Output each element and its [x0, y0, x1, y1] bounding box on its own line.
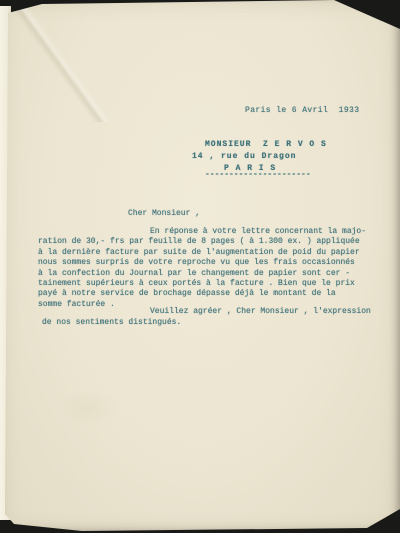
paper-stain	[58, 390, 118, 426]
body-line: payé à notre service de brochage dépasse…	[38, 289, 372, 299]
body-line: à la confection du Journal par le change…	[38, 269, 372, 279]
closing-formula-continued: de nos sentiments distingués.	[42, 318, 181, 328]
body-line: à la dernière facture par suite de l'aug…	[38, 248, 372, 258]
salutation: Cher Monsieur ,	[128, 209, 200, 219]
recipient-name: MONSIEUR Z E R V O S	[205, 140, 327, 150]
paper-crease	[0, 0, 120, 122]
closing-formula: Veuillez agréer , Cher Monsieur , l'expr…	[150, 307, 371, 317]
letter-date: Paris le 6 Avril 1933	[245, 106, 359, 116]
body-line: En réponse à votre lettre concernant la …	[38, 227, 372, 237]
recipient-street: 14 , rue du Dragon	[192, 152, 296, 162]
scanned-letter-photo: Paris le 6 Avril 1933 MONSIEUR Z E R V O…	[0, 0, 400, 533]
body-line: ration de 30,- frs par feuille de 8 page…	[38, 237, 372, 247]
body-line: nous sommes surpris de votre reproche vu…	[38, 258, 372, 268]
body-line: tainement supérieurs à ceux portés à la …	[38, 279, 372, 289]
letter-paper: Paris le 6 Avril 1933 MONSIEUR Z E R V O…	[0, 0, 400, 533]
recipient-underline: ----------------------	[205, 170, 311, 180]
letter-body: En réponse à votre lettre concernant la …	[38, 227, 372, 310]
